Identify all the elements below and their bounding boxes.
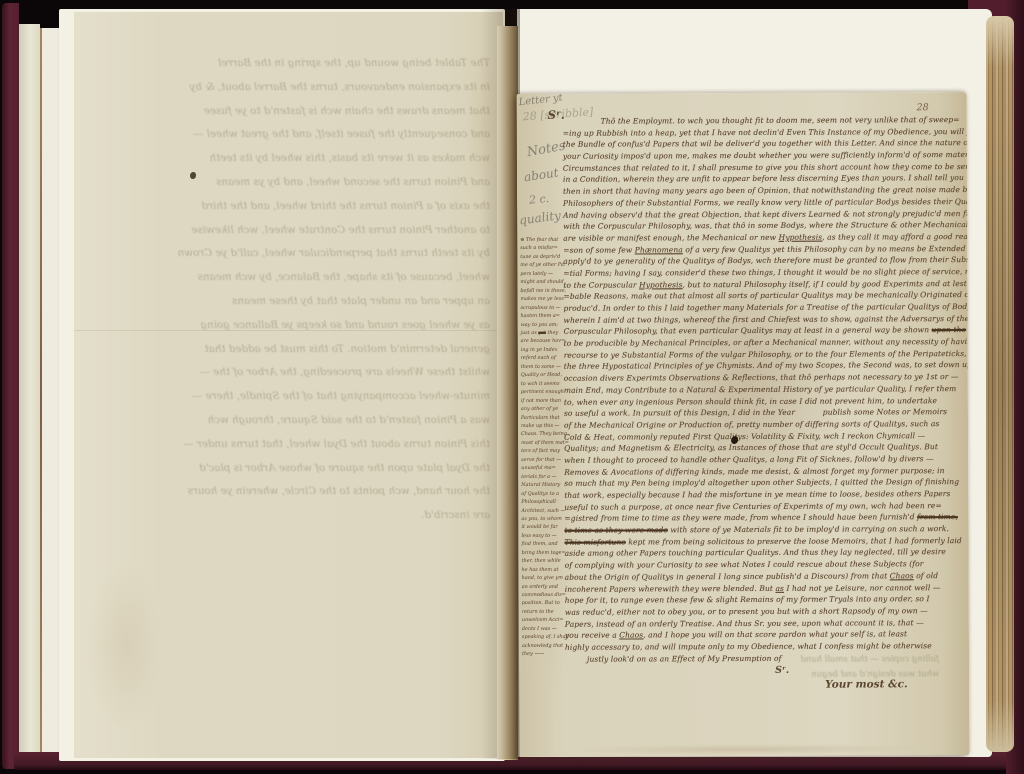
left-leaf-paper: The Tablet being wound up, the spring in… [74, 12, 503, 758]
closing-valediction: Your most &c. [825, 678, 908, 690]
text-line: pertinent enough [521, 388, 567, 397]
text-line: commodious dis= [522, 591, 568, 600]
text-line: they —— [522, 650, 568, 659]
text-line: might and should [520, 278, 566, 287]
book-fore-edge-pages [986, 16, 1014, 752]
text-line: just as yet they [521, 329, 567, 338]
text-line: dents I was — [522, 625, 568, 634]
text-line: me of ye other Pa: [520, 261, 566, 270]
text-line: about the Origin of Qualitys in general … [565, 570, 967, 583]
pencil-annotation: quality [518, 208, 561, 227]
text-line: way to you am: [521, 320, 567, 329]
text-line: by its teeth turns that perpendicular wh… [90, 242, 490, 266]
text-line: as ye wheel goes round and so keeps ye B… [90, 314, 490, 338]
page-edge-stack-left [40, 28, 59, 760]
text-line: scrupulous to — [520, 303, 566, 312]
text-line: make up this — [521, 422, 567, 431]
pencil-annotation: Letter yt [518, 93, 563, 109]
text-line: Particulars that [521, 413, 567, 422]
text-line: in its expansion endeavours, turns the B… [90, 76, 490, 100]
text-line: serve for that — [521, 456, 567, 465]
text-line: was a Pinion fasten'd to the said Square… [90, 409, 490, 433]
text-line: Architect, such — [521, 506, 567, 515]
left-page-bleedthrough-text: The Tablet being wound up, the spring in… [90, 52, 490, 528]
text-line: the axis of a Pinion turns the third whe… [90, 195, 490, 219]
text-line: unwelcom Acci= [522, 616, 568, 625]
letter-body-text: Thô the Employmt. to wch you thought fit… [563, 114, 967, 665]
text-line: hand, to give ym [522, 574, 568, 583]
text-line: position. But to [522, 599, 568, 608]
text-line: as you, to whom [521, 515, 567, 524]
text-line: are because hav= [521, 337, 567, 346]
page-number: 28 [917, 102, 929, 113]
text-line: and consequently the fusee itself, and t… [90, 123, 490, 147]
text-line: that means draws the chain wch is fasten… [90, 100, 490, 124]
text-line: hasten them a= [521, 312, 567, 321]
text-line: Chaos. They being [521, 430, 567, 439]
photograph-of-open-manuscript-book: The Tablet being wound up, the spring in… [0, 0, 1024, 774]
pencil-annotation: 2 c. [528, 192, 549, 207]
text-line: general determin'd motion. To this must … [90, 338, 490, 362]
text-line: ⊕ The fear that [520, 236, 566, 245]
text-line: if not more than [521, 396, 567, 405]
text-line: minute-wheel accompanying that of the Sp… [90, 385, 490, 409]
text-line: such a misfor= [520, 244, 566, 253]
text-line: he has them at [522, 565, 568, 574]
endpaper-strip [19, 24, 40, 758]
page-seam-line [40, 28, 42, 760]
closing-sir: Sʳ. [775, 665, 789, 676]
text-line: pers lately — [520, 270, 566, 279]
text-line: them to some — [521, 363, 567, 372]
text-line: and Pinion turns the second wheel, and b… [90, 171, 490, 195]
text-line: an upper and an under plate that by thes… [90, 290, 490, 314]
text-line: the Dyal plate upon the square of whose … [90, 457, 490, 481]
text-line: of Qualitys to a [521, 489, 567, 498]
text-line: Philosophicall [521, 498, 567, 507]
text-line: ther, then while [522, 557, 568, 566]
text-line: acknowledg that [522, 642, 568, 651]
text-line: unuseful ma= [521, 464, 567, 473]
pencil-annotation: Notes [526, 139, 567, 161]
text-line: this Pinion turns about the Dyal wheel, … [90, 433, 490, 457]
text-line: the hour hand, wch points to the Circle,… [90, 480, 490, 504]
text-line: wch makes as it were its basis, this whe… [90, 147, 490, 171]
text-line: befall me in these, [520, 286, 566, 295]
text-line: Philosophers of their Substantial Forms,… [563, 196, 965, 209]
text-line: wheel, because of its shape, the Balance… [90, 266, 490, 290]
left-blank-page: The Tablet being wound up, the spring in… [59, 9, 505, 761]
text-line: find them, and [522, 540, 568, 549]
pencil-annotation: about [523, 165, 559, 184]
text-line: to another Pinion turns the Contrate whe… [90, 219, 490, 243]
text-line: whilst these Wheels are proceeding, the … [90, 361, 490, 385]
text-line: it would be far [521, 523, 567, 532]
text-line: bring them toge= [522, 549, 568, 558]
gutter-fold [497, 26, 518, 760]
ink-spot [190, 172, 196, 179]
text-line: Natural History [521, 481, 567, 490]
text-line: return to the [522, 608, 568, 617]
text-line: to wch it seems [521, 379, 567, 388]
manuscript-letter-page: 28 Letter yt 28 [scribble] Notes about 2… [517, 92, 970, 757]
text-line: most of them mat= [521, 439, 567, 448]
text-line: ters of fact may [521, 447, 567, 456]
text-line: less easy to — [521, 532, 567, 541]
text-line: tune as depriv'd [520, 253, 566, 262]
text-line: ing in ye Index [521, 346, 567, 355]
text-line: terials for a — [521, 472, 567, 481]
text-line: speaking of, I shall [522, 633, 568, 642]
text-line: The Tablet being wound up, the spring in… [90, 52, 490, 76]
text-line: main End, may Contribute to a Natural & … [564, 383, 966, 396]
text-line: Quality or Head, [521, 371, 567, 380]
text-line: are inscrib'd. [90, 504, 490, 528]
text-line: any other of ye [521, 405, 567, 414]
margin-note-text: ⊕ The fear thatsuch a misfor=tune as dep… [520, 236, 568, 659]
text-line: an orderly and [522, 582, 568, 591]
text-line: referd each of [521, 354, 567, 363]
book-cover-left-edge [2, 3, 19, 769]
text-line: makes me ye less [520, 295, 566, 304]
